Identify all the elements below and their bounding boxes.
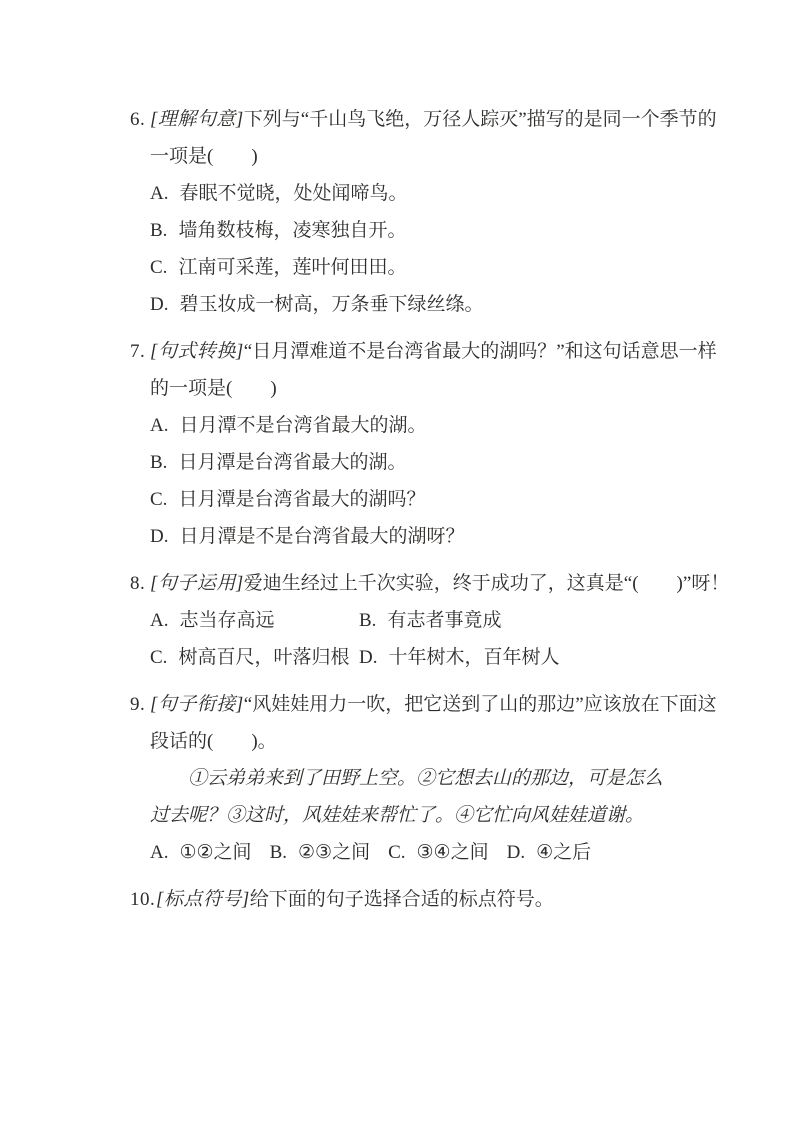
question-tag: [句子运用] bbox=[150, 573, 244, 594]
question-7: 7. [句式转换]“日月潭难道不是台湾省最大的湖吗？”和这句话意思一样的一项是(… bbox=[130, 333, 738, 555]
option-text: ①②之间 bbox=[179, 842, 251, 863]
option-label: A. bbox=[150, 415, 168, 436]
option-label: B. bbox=[359, 610, 376, 631]
option-row-2: C.树高百尺，叶落归根 D.十年树木，百年树人 bbox=[150, 639, 733, 676]
option-row-1: A.志当存高远 B.有志者事竟成 bbox=[150, 602, 733, 639]
question-stem: [句式转换]“日月潭难道不是台湾省最大的湖吗？”和这句话意思一样的一项是( ) bbox=[150, 333, 733, 407]
question-9-options: A.①②之间 B.②③之间 C.③④之间 D.④之后 bbox=[150, 834, 733, 871]
option-label: D. bbox=[150, 526, 168, 547]
question-stem: [句子衔接]“风娃娃用力一吹，把它送到了山的那边”应该放在下面这段话的( )。 bbox=[150, 686, 733, 760]
option-d: D.④之后 bbox=[507, 834, 592, 871]
option-text: ③④之间 bbox=[417, 842, 489, 863]
option-label: C. bbox=[150, 647, 167, 668]
option-text: 墙角数枝梅，凌寒独自开。 bbox=[178, 220, 406, 241]
option-text: 日月潭是台湾省最大的湖。 bbox=[178, 452, 406, 473]
question-10-stem-row: 10. [标点符号]给下面的句子选择合适的标点符号。 bbox=[130, 881, 738, 918]
question-9-body: [句子衔接]“风娃娃用力一吹，把它送到了山的那边”应该放在下面这段话的( )。 … bbox=[150, 686, 733, 871]
question-8-options: A.志当存高远 B.有志者事竟成 C.树高百尺，叶落归根 D.十年树木，百年树人 bbox=[150, 602, 733, 676]
option-label: A. bbox=[150, 842, 168, 863]
option-label: D. bbox=[359, 647, 377, 668]
stem-text: 爱迪生经过上千次实验，终于成功了，这真是“( )”呀！ bbox=[244, 573, 730, 594]
question-number: 6. bbox=[130, 101, 150, 323]
question-10: 10. [标点符号]给下面的句子选择合适的标点符号。 bbox=[130, 881, 738, 918]
question-stem: [标点符号]给下面的句子选择合适的标点符号。 bbox=[156, 881, 738, 918]
question-8: 8. [句子运用]爱迪生经过上千次实验，终于成功了，这真是“( )”呀！ A.志… bbox=[130, 565, 738, 676]
question-7-stem-row: 7. [句式转换]“日月潭难道不是台湾省最大的湖吗？”和这句话意思一样的一项是(… bbox=[130, 333, 738, 555]
option-text: 江南可采莲，莲叶何田田。 bbox=[178, 257, 406, 278]
option-label: C. bbox=[150, 489, 167, 510]
option-label: A. bbox=[150, 610, 168, 631]
option-label: B. bbox=[150, 452, 167, 473]
option-label: D. bbox=[150, 294, 168, 315]
option-c: C.③④之间 bbox=[388, 834, 489, 871]
option-label: C. bbox=[150, 257, 167, 278]
question-6-stem-row: 6. [理解句意]下列与“千山鸟飞绝，万径人踪灭”描写的是同一个季节的一项是( … bbox=[130, 101, 738, 323]
question-8-body: [句子运用]爱迪生经过上千次实验，终于成功了，这真是“( )”呀！ A.志当存高… bbox=[150, 565, 733, 676]
question-8-stem-row: 8. [句子运用]爱迪生经过上千次实验，终于成功了，这真是“( )”呀！ A.志… bbox=[130, 565, 738, 676]
question-number: 9. bbox=[130, 686, 150, 871]
option-label: A. bbox=[150, 183, 168, 204]
question-6-body: [理解句意]下列与“千山鸟飞绝，万径人踪灭”描写的是同一个季节的一项是( ) A… bbox=[150, 101, 733, 323]
option-text: 日月潭是台湾省最大的湖吗？ bbox=[178, 489, 425, 510]
option-text: 树高百尺，叶落归根 bbox=[178, 647, 349, 668]
option-text: 十年树木，百年树人 bbox=[388, 647, 559, 668]
question-9: 9. [句子衔接]“风娃娃用力一吹，把它送到了山的那边”应该放在下面这段话的( … bbox=[130, 686, 738, 871]
question-6-options: A.春眠不觉晓，处处闻啼鸟。 B.墙角数枝梅，凌寒独自开。 C.江南可采莲，莲叶… bbox=[150, 175, 733, 323]
option-c: C.树高百尺，叶落归根 bbox=[150, 639, 359, 676]
option-c: C.日月潭是台湾省最大的湖吗？ bbox=[150, 481, 733, 518]
option-b: B.墙角数枝梅，凌寒独自开。 bbox=[150, 212, 733, 249]
option-text: 日月潭不是台湾省最大的湖。 bbox=[179, 415, 426, 436]
question-number: 10. bbox=[130, 881, 156, 918]
question-tag: [标点符号] bbox=[156, 889, 250, 910]
option-text: 日月潭是不是台湾省最大的湖呀？ bbox=[179, 526, 464, 547]
option-label: C. bbox=[388, 842, 405, 863]
question-10-body: [标点符号]给下面的句子选择合适的标点符号。 bbox=[156, 881, 738, 918]
question-7-options: A.日月潭不是台湾省最大的湖。 B.日月潭是台湾省最大的湖。 C.日月潭是台湾省… bbox=[150, 407, 733, 555]
question-9-stem-row: 9. [句子衔接]“风娃娃用力一吹，把它送到了山的那边”应该放在下面这段话的( … bbox=[130, 686, 738, 871]
option-b: B.②③之间 bbox=[270, 834, 371, 871]
option-text: 春眠不觉晓，处处闻啼鸟。 bbox=[179, 183, 407, 204]
option-label: D. bbox=[507, 842, 525, 863]
option-a: A.春眠不觉晓，处处闻啼鸟。 bbox=[150, 175, 733, 212]
question-stem: [句子运用]爱迪生经过上千次实验，终于成功了，这真是“( )”呀！ bbox=[150, 565, 733, 602]
question-number: 7. bbox=[130, 333, 150, 555]
option-text: 有志者事竟成 bbox=[387, 610, 501, 631]
option-d: D.十年树木，百年树人 bbox=[359, 639, 560, 676]
option-b: B.日月潭是台湾省最大的湖。 bbox=[150, 444, 733, 481]
question-number: 8. bbox=[130, 565, 150, 676]
option-a: A.日月潭不是台湾省最大的湖。 bbox=[150, 407, 733, 444]
question-tag: [句式转换] bbox=[150, 341, 244, 362]
option-c: C.江南可采莲，莲叶何田田。 bbox=[150, 249, 733, 286]
option-b: B.有志者事竟成 bbox=[359, 602, 501, 639]
option-d: D.碧玉妆成一树高，万条垂下绿丝绦。 bbox=[150, 286, 733, 323]
question-7-body: [句式转换]“日月潭难道不是台湾省最大的湖吗？”和这句话意思一样的一项是( ) … bbox=[150, 333, 733, 555]
question-6: 6. [理解句意]下列与“千山鸟飞绝，万径人踪灭”描写的是同一个季节的一项是( … bbox=[130, 101, 738, 323]
option-a: A.志当存高远 bbox=[150, 602, 359, 639]
option-label: B. bbox=[150, 220, 167, 241]
question-tag: [理解句意] bbox=[150, 109, 244, 130]
option-label: B. bbox=[270, 842, 287, 863]
option-a: A.①②之间 bbox=[150, 834, 252, 871]
option-d: D.日月潭是不是台湾省最大的湖呀？ bbox=[150, 518, 733, 555]
option-text: 碧玉妆成一树高，万条垂下绿丝绦。 bbox=[179, 294, 483, 315]
option-text: 志当存高远 bbox=[179, 610, 274, 631]
question-stem: [理解句意]下列与“千山鸟飞绝，万径人踪灭”描写的是同一个季节的一项是( ) bbox=[150, 101, 733, 175]
option-text: ②③之间 bbox=[298, 842, 370, 863]
option-text: ④之后 bbox=[536, 842, 591, 863]
worksheet-page: 6. [理解句意]下列与“千山鸟飞绝，万径人踪灭”描写的是同一个季节的一项是( … bbox=[0, 0, 793, 1122]
question-tag: [句子衔接] bbox=[150, 694, 244, 715]
stem-text: 给下面的句子选择合适的标点符号。 bbox=[250, 889, 554, 910]
passage: ①云弟弟来到了田野上空。②它想去山的那边，可是怎么过去呢？③这时，风娃娃来帮忙了… bbox=[150, 760, 672, 834]
